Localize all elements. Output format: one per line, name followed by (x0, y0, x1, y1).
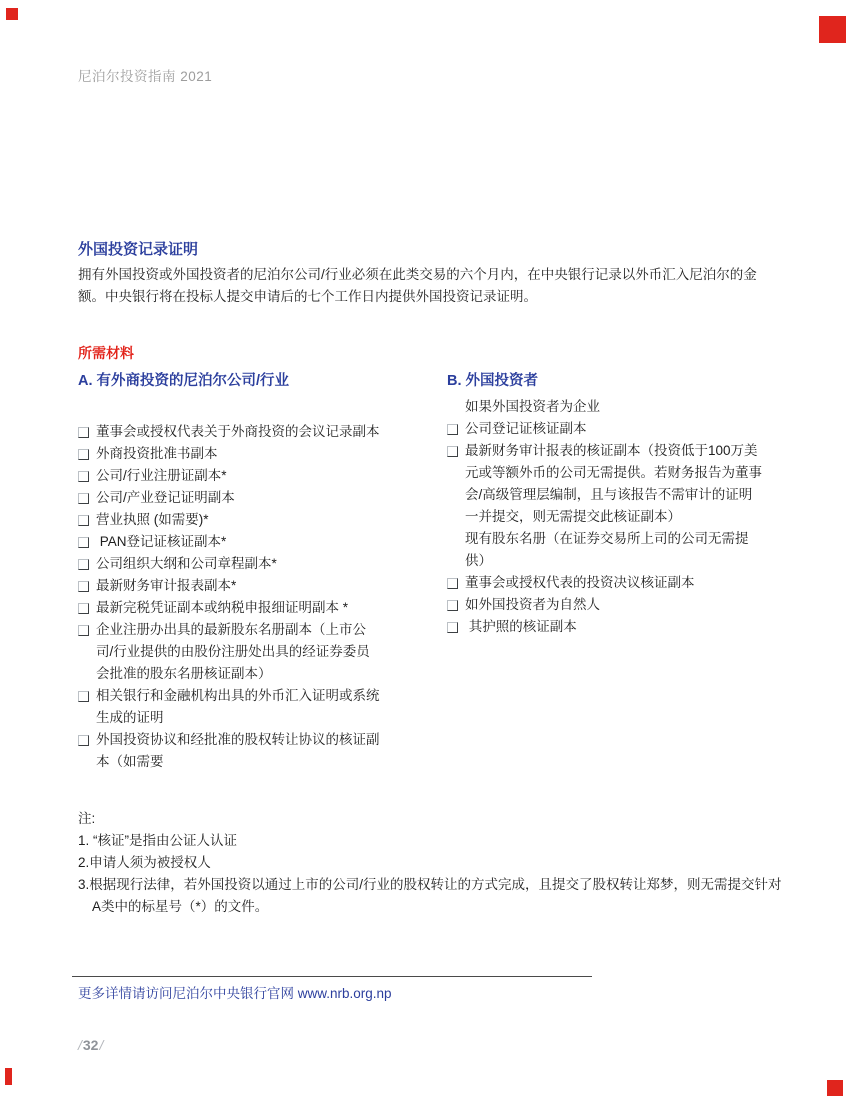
corner-mark-bottom-right (827, 1080, 843, 1096)
document-page: 尼泊尔投资指南 2021 外国投资记录证明 拥有外国投资或外国投资者的尼泊尔公司… (0, 0, 850, 1115)
checkbox-icon (447, 600, 458, 611)
page-number-slash-right: / (99, 1037, 103, 1053)
checklist-item: 最新财务审计报表的核证副本（投资低于100万美元或等额外币的公司无需提供。若财务… (447, 440, 763, 528)
checkbox-icon (78, 537, 89, 548)
checklist-item-label: PAN登记证核证副本* (96, 531, 226, 553)
checklist-item-label: 董事会或授权代表关于外商投资的会议记录副本 (96, 421, 380, 443)
checklist-item-label: 最新完税凭证副本或纳税申报细证明副本 * (96, 597, 348, 619)
note-line: 3.根据现行法律，若外国投资以通过上市的公司/行业的股权转让的方式完成，且提交了… (78, 874, 784, 918)
checkbox-icon (78, 581, 89, 592)
checklist-item-label: 公司/行业注册证副本* (96, 465, 227, 487)
checkbox-icon (447, 622, 458, 633)
checklist-column-b: 如果外国投资者为企业 公司登记证核证副本 最新财务审计报表的核证副本（投资低于1… (447, 396, 763, 638)
checklist-column-a: 董事会或授权代表关于外商投资的会议记录副本 外商投资批准书副本 公司/行业注册证… (78, 421, 382, 773)
checklist-item-label: 最新财务审计报表副本* (96, 575, 236, 597)
document-header: 尼泊尔投资指南 2021 (78, 65, 212, 85)
checklist-item-label: 董事会或授权代表的投资决议核证副本 (465, 572, 695, 594)
checkbox-icon (447, 424, 458, 435)
note-line: 2.申请人须为被授权人 (78, 852, 784, 874)
checkbox-icon (78, 735, 89, 746)
checkbox-icon (78, 449, 89, 460)
column-a-heading: A. 有外商投资的尼泊尔公司/行业 (78, 369, 289, 390)
column-b-heading: B. 外国投资者 (447, 369, 538, 390)
checklist-item-label: 营业执照 (如需要)* (96, 509, 209, 531)
checklist-item: 董事会或授权代表关于外商投资的会议记录副本 (78, 421, 382, 443)
checklist-item: PAN登记证核证副本* (78, 531, 382, 553)
checklist-item: 营业执照 (如需要)* (78, 509, 382, 531)
notes-label: 注: (78, 808, 784, 830)
checkbox-icon (447, 578, 458, 589)
checklist-item-label: 外国投资协议和经批准的股权转让协议的核证副本（如需要 (96, 729, 382, 773)
checklist-item: 相关银行和金融机构出具的外币汇入证明或系统生成的证明 (78, 685, 382, 729)
corner-mark-top-left (6, 8, 18, 20)
checklist-item: 最新财务审计报表副本* (78, 575, 382, 597)
checkbox-icon (447, 446, 458, 457)
checklist-item-label: 相关银行和金融机构出具的外币汇入证明或系统生成的证明 (96, 685, 382, 729)
checklist-item: 公司组织大纲和公司章程副本* (78, 553, 382, 575)
checklist-item: 现有股东名册（在证券交易所上司的公司无需提供） (447, 528, 763, 572)
page-number-value: 32 (82, 1037, 100, 1053)
checklist-item: 公司/产业登记证明副本 (78, 487, 382, 509)
checklist-item-label: 最新财务审计报表的核证副本（投资低于100万美元或等额外币的公司无需提供。若财务… (465, 440, 763, 528)
checklist-item-label: 公司/产业登记证明副本 (96, 487, 235, 509)
checklist-item: 企业注册办出具的最新股东名册副本（上市公司/行业提供的由股份注册处出具的经证券委… (78, 619, 382, 685)
checklist-item-label: 公司组织大纲和公司章程副本* (96, 553, 277, 575)
checklist-item: 如果外国投资者为企业 (447, 396, 763, 418)
checklist-item-label: 如外国投资者为自然人 (465, 594, 600, 616)
checklist-item: 外国投资协议和经批准的股权转让协议的核证副本（如需要 (78, 729, 382, 773)
checklist-item-label: 其护照的核证副本 (465, 616, 577, 638)
corner-mark-top-right (819, 16, 846, 43)
checkbox-icon (78, 603, 89, 614)
page-number: /32/ (78, 1037, 103, 1053)
checklist-item: 外商投资批准书副本 (78, 443, 382, 465)
checklist-item: 公司登记证核证副本 (447, 418, 763, 440)
checkbox-icon (78, 471, 89, 482)
section-title: 外国投资记录证明 (78, 238, 198, 259)
checklist-item-label: 公司登记证核证副本 (465, 418, 587, 440)
section-body: 拥有外国投资或外国投资者的尼泊尔公司/行业必须在此类交易的六个月内，在中央银行记… (78, 264, 778, 308)
note-line: 1. “核证”是指由公证人认证 (78, 830, 784, 852)
checkbox-icon (78, 625, 89, 636)
footer-rule (72, 976, 592, 977)
checklist-item: 公司/行业注册证副本* (78, 465, 382, 487)
checklist-item-label: 如果外国投资者为企业 (465, 396, 600, 418)
checkbox-icon (78, 559, 89, 570)
checkbox-icon (78, 493, 89, 504)
notes-list: 1. “核证”是指由公证人认证2.申请人须为被授权人3.根据现行法律，若外国投资… (78, 830, 784, 918)
checkbox-icon (78, 691, 89, 702)
checklist-item: 董事会或授权代表的投资决议核证副本 (447, 572, 763, 594)
checklist-item: 最新完税凭证副本或纳税申报细证明副本 * (78, 597, 382, 619)
corner-mark-bottom-left (5, 1068, 12, 1085)
checklist-item-label: 企业注册办出具的最新股东名册副本（上市公司/行业提供的由股份注册处出具的经证券委… (96, 619, 382, 685)
checklist-item-label: 外商投资批准书副本 (96, 443, 218, 465)
checkbox-icon (78, 515, 89, 526)
notes-section: 注: 1. “核证”是指由公证人认证2.申请人须为被授权人3.根据现行法律，若外… (78, 808, 784, 918)
checklist-item: 如外国投资者为自然人 (447, 594, 763, 616)
checklist-item-label: 现有股东名册（在证券交易所上司的公司无需提供） (465, 528, 763, 572)
checklist-item: 其护照的核证副本 (447, 616, 763, 638)
materials-title: 所需材料 (78, 343, 134, 363)
checkbox-icon (78, 427, 89, 438)
footer-website-link[interactable]: 更多详情请访问尼泊尔中央银行官网 www.nrb.org.np (78, 982, 392, 1002)
